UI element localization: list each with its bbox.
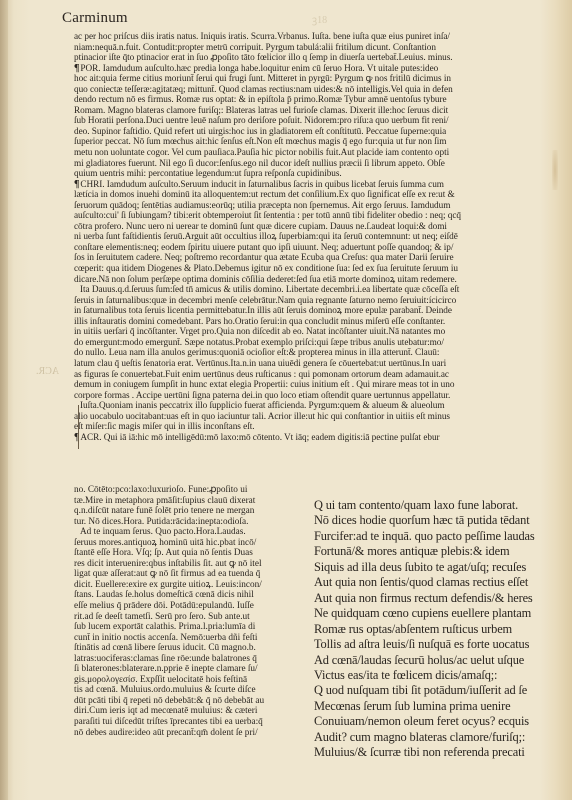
paragraph-mark-icon: ¶ — [74, 180, 79, 190]
commentary-line: lætícia in domos inuehi dominū ita alloq… — [74, 190, 560, 201]
commentary-line: ¶ACR. Qui iā iā:hic mō intelligēdū:mō la… — [74, 433, 560, 444]
commentary-line: hoc ait:quia ferme citius moriunt̄ ſerui… — [74, 74, 560, 85]
verse-line: Aut quia non ſentis/quod clamas rectius … — [314, 575, 564, 590]
commentary-line: gis.μορολογεσίσ. Expſſit uelocitatē hois… — [74, 675, 302, 686]
commentary-line: latum clau q̄ ueſtis ſenatoria erat. Ver… — [74, 359, 560, 370]
verse-line: Q ui tam contento/quam laxo fune laborat… — [314, 498, 564, 513]
commentary-line: eſſe melius q̄ prādere dōi. Potādū:epula… — [74, 601, 302, 612]
commentary-line: ſeruorum quādoq; ſentētias audiamus:eorū… — [74, 201, 560, 212]
commentary-line: diri.Cum ieris iqt ad mecœnatē muluius: … — [74, 706, 302, 717]
commentary-line: dicare.Nā non ſolum perſæpe optima domin… — [74, 275, 560, 286]
commentary-line: auſculto:cui' ſi ſubiungam? tibi:erit ob… — [74, 211, 560, 222]
commentary-block: ac per hoc priſcus diis iratis natus. In… — [74, 32, 560, 443]
commentary-line: do nullo. Leua nam illa anulos gerimus:q… — [74, 348, 560, 359]
commentary-line: tis ad cœnā. Muluius.ordo.muluius & ſcur… — [74, 685, 302, 696]
commentary-line: conſtare elementis:neq; eodem ſpiritu ui… — [74, 243, 560, 254]
margin-rule — [78, 405, 79, 449]
commentary-line: Iuſta.Quoniam inanis peccatrix illo ſupp… — [74, 401, 560, 412]
commentary-line: cunt̄ in initio noctis accenſa. Nemō:uer… — [74, 633, 302, 644]
commentary-line: Romam. Magno blateras clamore furiſq;: B… — [74, 106, 560, 117]
commentary-line: ſub lucem exportāt calathis. Prima.l.pri… — [74, 622, 302, 633]
verse-line: Q uod nuſquam tibi ſit potādum/iuſſerit … — [314, 683, 564, 698]
commentary-line: dūt pcāti tibi q̄ repeti nō debebāt:& q̄… — [74, 696, 302, 707]
commentary-line: ac per hoc priſcus diis iratis natus. In… — [74, 32, 560, 43]
verse-line: Victus eas/ita te fœlicem dicis/amaſq;: — [314, 668, 564, 683]
commentary-line: cōtra profero. Nunc uero ni uerear te do… — [74, 222, 560, 233]
verse-line: Muluius/& ſcurræ tibi non referenda prec… — [314, 745, 564, 760]
commentary-line: nō debes audire:ideo aūt precant̄:qm̄ do… — [74, 728, 302, 739]
verse-line: Siquis ad illa deus ſubito te agat/uſq; … — [314, 560, 564, 575]
commentary-line: Ad te inquam ſerus. Quo pacto.Hora.Lauda… — [74, 527, 302, 538]
page-gutter — [0, 0, 8, 800]
commentary-line: corpore formas . Accipe uertūni ſigna pa… — [74, 391, 560, 402]
commentary-line: tæ.Mire in metaphora pmāſit:ſupius clauū… — [74, 496, 302, 507]
commentary-line: ſeruus mores.antiquoꝝ hominū uitā hic.pb… — [74, 538, 302, 549]
commentary-line: do emergunt:modo emergunt̄. Sæpe notatus… — [74, 338, 560, 349]
verse-line: Romæ rus optas/abſentem ruſticus urbem — [314, 622, 564, 637]
running-title: Carminum — [62, 10, 128, 27]
verse-line: Mecœnas ſerum ſub lumina prima uenire — [314, 699, 564, 714]
lower-commentary-column: no. Cōtēto:pco:laxo:luxurioſo. Fune:ꝓpoſ… — [74, 485, 302, 738]
commentary-line: ni uerba ſunt faſtidientis ſeruū.Arguit … — [74, 232, 560, 243]
commentary-line: eſt miſer:ſic magis miſer qui in illis i… — [74, 422, 560, 433]
commentary-line: metu non uoluntate cogor. Vel cum pauſia… — [74, 148, 560, 159]
commentary-line: deo. Supinor faſtidio. Quid refert uti u… — [74, 127, 560, 138]
commentary-line: in uitiis uerſari q̄ incōſtanter. Vrget … — [74, 327, 560, 338]
commentary-line: dicit. Euellere:exire ex gurgite uitioꝝ.… — [74, 580, 302, 591]
commentary-line: q.n.diſcūt natare funē ſolēt prio tenere… — [74, 506, 302, 517]
verse-line: Fortunā/& mores antiquæ plebis:& idem — [314, 544, 564, 559]
book-page: Carminum ꝫ18 ACR. ac per hoc priſcus dii… — [0, 0, 572, 800]
commentary-line: illis inſtauratis domini comedebant. Par… — [74, 317, 560, 328]
verse-column: Q ui tam contento/quam laxo fune laborat… — [314, 498, 564, 761]
commentary-line: niam:nequā.n.fuit. Contudit:propter metr… — [74, 43, 560, 54]
commentary-line: ſtantē eſſe Hora. Vſq; ſp. Aut quia nō ſ… — [74, 548, 302, 559]
commentary-line: demum in coniugem ſumpſit in hunc extat … — [74, 380, 560, 391]
commentary-line: dendo rectum nō es firmus. Romæ rus opta… — [74, 95, 560, 106]
folio-bleed-through: ꝫ18 — [312, 12, 327, 26]
commentary-line: ſeruis in ſaturnalibus:quæ in decembri m… — [74, 296, 560, 307]
commentary-line: ligat quæ aſſerat:aut ꝙ nō ſit firmus ad… — [74, 569, 302, 580]
verse-line: Conuiuam/nemon oleum feret ocyus? ecquis — [314, 714, 564, 729]
verse-line: Ad cœnā/laudas ſecurū holus/ac uelut uſq… — [314, 653, 564, 668]
commentary-line: in ſaturnalibus tota ſeruis licentia per… — [74, 306, 560, 317]
commentary-line: ſtans. Laudas ſe.holus domeſticā cœnā di… — [74, 590, 302, 601]
verse-line: Ne quidquam cœno cupiens euellere planta… — [314, 606, 564, 621]
commentary-line: paraſiti tui diſcedūt triſtes īprecantes… — [74, 717, 302, 728]
commentary-line: ſi blaterones:blaterare.n.pprie ē inepte… — [74, 664, 302, 675]
commentary-line: no. Cōtēto:pco:laxo:luxurioſo. Fune:ꝓpoſ… — [74, 485, 302, 496]
commentary-line: tur. Nō dices.Hora. Putida:rācida:inepta… — [74, 517, 302, 528]
commentary-line: alio uocabulo uocitabant:uas eſt in quo … — [74, 412, 560, 423]
commentary-line: ſos in ſeruitutem cadere. Neq; poſtremo … — [74, 253, 560, 264]
verse-line: Aut quia non firmus rectum defendis/& he… — [314, 591, 564, 606]
commentary-line: quo coniectæ teſſeræ:agitatæq; mittunt̄.… — [74, 85, 560, 96]
verse-line: Tollis ad aſtra leuis/ſi nuſquā es forte… — [314, 637, 564, 652]
verse-line: Furcifer:ad te inquā. quo pacto peſſime … — [314, 529, 564, 544]
commentary-line: as figuras ſe conuertebat.Fuit enim uert… — [74, 370, 560, 381]
commentary-line: ¶CHRI. Iamdudum auſculto.Seruum inducit … — [74, 180, 560, 191]
commentary-line: rit.ad ſe deeſt tametſi. Serū pro ſero. … — [74, 612, 302, 623]
commentary-line: Ita Dauus.q.d.ſeruus ſum:ſed tn̄ amicus … — [74, 285, 560, 296]
commentary-line: quium uentris mihi: percontatiue legendu… — [74, 169, 560, 180]
margin-bleed-through: ACR. — [36, 366, 59, 377]
verse-line: Audit? cum magno blateras clamore/furiſq… — [314, 730, 564, 745]
commentary-line: res dicit interuenire:qbus inſtabilis ſi… — [74, 559, 302, 570]
commentary-line: latras:uociferas:clamas ſine rōe:unde ba… — [74, 654, 302, 665]
verse-line: Nō dices hodie quorſum hæc tā putida tēd… — [314, 513, 564, 528]
commentary-line: ptinacior iſte q̄to ptinacior erat in ſu… — [74, 53, 560, 64]
commentary-line: ¶POR. Iamdudum auſculto.hæc predia longa… — [74, 64, 560, 75]
commentary-line: ſuperior peccat. Nō ſum mœchus ait:hic ſ… — [74, 137, 560, 148]
commentary-line: mi gladiatores fuerunt. Nil ego ſi ducor… — [74, 159, 560, 170]
commentary-line: ſub Horatii perſona.Duci uentre leuē naſ… — [74, 116, 560, 127]
commentary-line: ſtinātis ad cœnā libere ſeruus iducit. C… — [74, 643, 302, 654]
commentary-line: cœperit: qua itidem Diogenes & Plato.Deb… — [74, 264, 560, 275]
paragraph-mark-icon: ¶ — [74, 64, 79, 74]
